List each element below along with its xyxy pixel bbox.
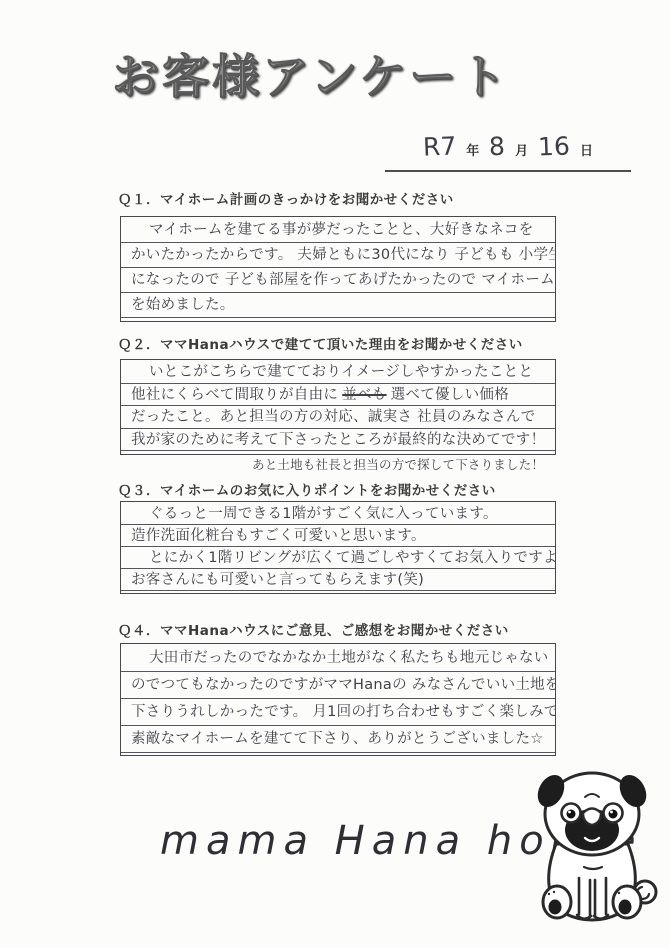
- date-day-value: 16: [538, 131, 571, 161]
- answer-line: 大田市だったのでなかなか土地がなく私たちも地元じゃない: [121, 645, 555, 672]
- date-month-value: 8: [489, 132, 506, 162]
- answer-line: マイホームを建てる事が夢だったことと、大好きなネコを: [121, 218, 555, 243]
- answer-line: いとこがこちらで建てておりイメージしやすかったことと: [121, 361, 555, 384]
- date-year-value: R7: [422, 131, 456, 161]
- page-title: お客様アンケート: [112, 40, 509, 107]
- date-field: R7 年 8 月 16 日: [385, 132, 631, 172]
- question-3-heading: Ｑ３．マイホームのお気に入りポイントをお聞かせください: [118, 479, 568, 499]
- answer-line: 素敵なマイホームを建てて下さり、ありがとうございました☆: [121, 726, 555, 753]
- question-3-answer-box: ぐるっと一周できる1階がすごく気に入っています。 造作洗面化粧台もすごく可愛いと…: [120, 501, 556, 594]
- answer-line: とにかく1階リビングが広くて過ごしやすくてお気入りですよ♪: [121, 547, 555, 569]
- question-2-heading: Ｑ２．ママHanaハウスで建てて頂いた理由をお聞かせください: [118, 333, 568, 353]
- answer-line: ぐるっと一周できる1階がすごく気に入っています。: [121, 503, 555, 525]
- answer-line: かいたかったからです。 夫婦ともに30代になり 子どもも 小学生: [121, 243, 555, 268]
- question-4-heading: Ｑ４．ママHanaハウスにご意見、ご感想をお聞かせください: [118, 619, 568, 639]
- question-4-answer-box: 大田市だったのでなかなか土地がなく私たちも地元じゃない のでつてもなかったのです…: [120, 643, 556, 756]
- answer-line: 造作洗面化粧台もすごく可愛いと思います。: [121, 525, 555, 547]
- question-1-heading: Ｑ１．マイホーム計画のきっかけをお聞かせください: [118, 188, 568, 208]
- question-2-answer-box: いとこがこちらで建てておりイメージしやすかったことと 他社にくらべて間取りが自由…: [120, 359, 556, 455]
- answer-line: を始めました。: [121, 293, 555, 318]
- answer-line: 下さりうれしかったです。 月1回の打ち合わせもすごく楽しみでした！: [121, 699, 555, 726]
- answer-line: だったこと。あと担当の方の対応、誠実さ 社員のみなさんで: [121, 406, 555, 429]
- answer-line: 我が家のために考えて下さったところが最終的な決めてです！: [121, 429, 555, 452]
- date-month-label: 月: [515, 140, 528, 159]
- pug-mascot-illustration: [522, 766, 662, 932]
- answer-line-with-correction: 他社にくらべて間取りが自由に並べも選べて優しい価格: [121, 384, 555, 407]
- question-1-answer-box: マイホームを建てる事が夢だったことと、大好きなネコを かいたかったからです。 夫…: [120, 216, 556, 322]
- struck-out-text: 並べも: [342, 387, 386, 403]
- date-year-label: 年: [466, 140, 479, 159]
- date-day-label: 日: [580, 140, 593, 159]
- answer-text-after-correction: 選べて優しい価格: [391, 387, 509, 403]
- answer-line: になったので 子ども部屋を作ってあげたかったので マイホーム計画: [121, 268, 555, 293]
- survey-scan-page: お客様アンケート R7 年 8 月 16 日 Ｑ１．マイホーム計画のきっかけをお…: [0, 0, 670, 948]
- answer-text-before-correction: 他社にくらべて間取りが自由に: [131, 387, 338, 403]
- answer-note-below-box: あと土地も社長と担当の方で探して下さりました！: [252, 455, 544, 473]
- pug-dog-icon: [522, 766, 662, 928]
- answer-line: お客さんにも可愛いと言ってもらえます(笑): [121, 569, 555, 591]
- answer-line: のでつてもなかったのですがママHanaの みなさんでいい土地を探して: [121, 672, 555, 699]
